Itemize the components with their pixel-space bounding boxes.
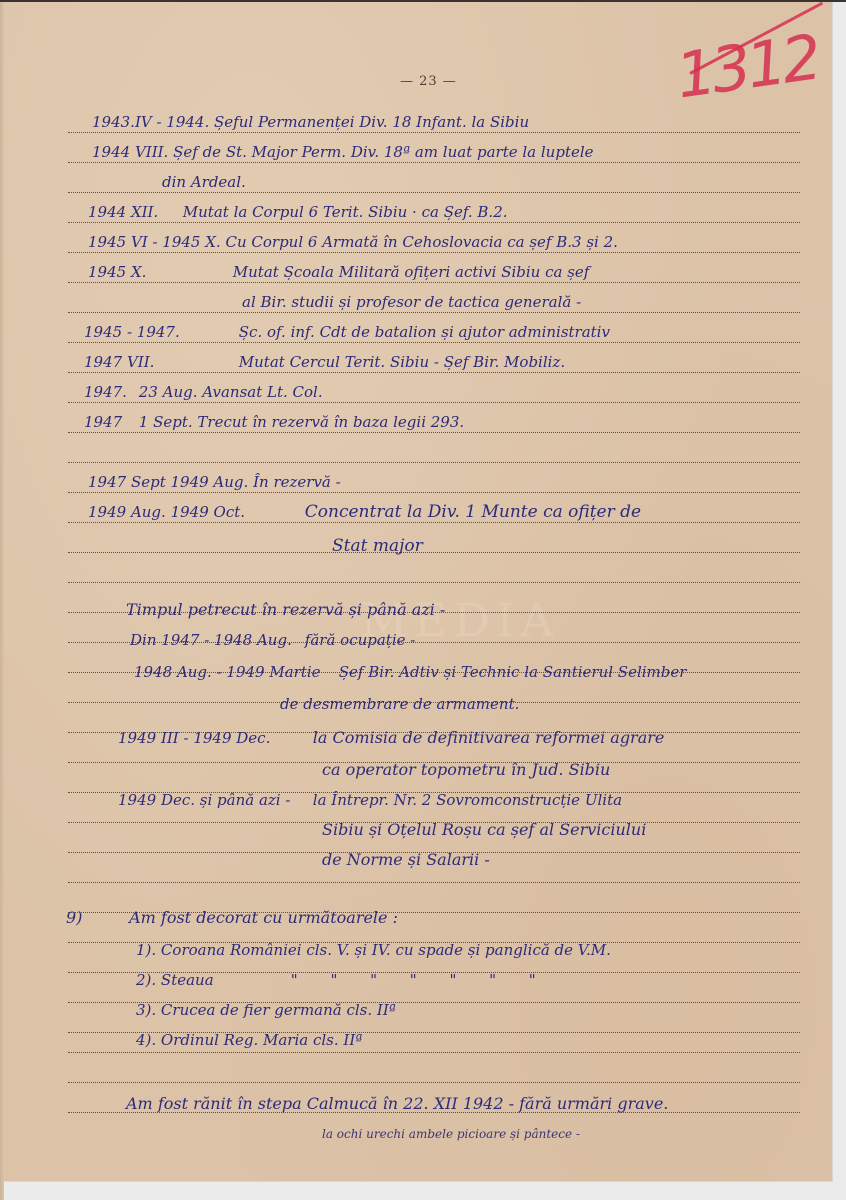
entry-text: Stat major bbox=[332, 536, 423, 556]
reserve-line: 1949 III - 1949 Dec. la Comisia de defin… bbox=[118, 728, 664, 748]
entry-date: 1943.IV - 1944. bbox=[92, 112, 209, 132]
decorations-heading: Am fost decorat cu următoarele : bbox=[129, 908, 398, 927]
reserve-date: 1948 Aug. - 1949 Martie bbox=[134, 662, 334, 682]
paper-sheet bbox=[4, 0, 832, 1181]
entry-line: 1947 VII. Mutat Cercul Terit. Sibiu - Șe… bbox=[84, 352, 565, 372]
reserve-text: la Întrepr. Nr. 2 Sovromconstrucție Ulit… bbox=[313, 791, 622, 809]
reserve-line: ca operator topometru în Jud. Sibiu bbox=[322, 760, 610, 780]
reserve-date: Din 1947 - 1948 Aug. bbox=[130, 630, 300, 650]
entry-date: 1947 bbox=[84, 412, 134, 432]
decoration-item: 1). Coroana României cls. V. și IV. cu s… bbox=[136, 940, 611, 960]
reserve-text: Șef Bir. Adtiv și Technic la Santierul S… bbox=[339, 663, 687, 681]
ruled-line bbox=[68, 132, 800, 133]
reserve-line: 1949 Dec. și până azi - la Întrepr. Nr. … bbox=[118, 790, 622, 810]
entry-text: Mutat Cercul Terit. Sibiu - Șef Bir. Mob… bbox=[239, 353, 565, 371]
reserve-line: de desmembrare de armament. bbox=[280, 694, 519, 714]
entry-text: 23 Aug. Avansat Lt. Col. bbox=[139, 383, 323, 401]
reserve-line: 1948 Aug. - 1949 Martie Șef Bir. Adtiv ș… bbox=[134, 662, 686, 682]
entry-text: Cu Corpul 6 Armată în Cehoslovacia ca șe… bbox=[225, 233, 617, 251]
ruled-line bbox=[68, 462, 800, 463]
entry-line: 1943.IV - 1944. Șeful Permanenței Div. 1… bbox=[92, 112, 529, 132]
reserve-line: Din 1947 - 1948 Aug. fără ocupație - bbox=[130, 630, 415, 650]
entry-line: 1945 X. Mutat Școala Militară ofițeri ac… bbox=[88, 262, 589, 282]
entry-date: 1944 XII. bbox=[88, 202, 178, 222]
entry-date: 1947. bbox=[84, 382, 134, 402]
entry-text: Mutat Școala Militară ofițeri activi Sib… bbox=[233, 263, 590, 281]
entry-date: 1944 VIII. bbox=[92, 142, 168, 162]
entry-text: În rezervă - bbox=[253, 473, 341, 491]
reserve-text: Sibiu și Oțelul Roșu ca șef al Serviciul… bbox=[322, 820, 646, 839]
entry-line: 1949 Aug. 1949 Oct. Concentrat la Div. 1… bbox=[88, 502, 641, 522]
entry-line: 1945 VI - 1945 X. Cu Corpul 6 Armată în … bbox=[88, 232, 618, 252]
entry-text: Șc. of. inf. Cdt de batalion și ajutor a… bbox=[239, 323, 610, 341]
entry-date: 1947 Sept 1949 Aug. bbox=[88, 472, 248, 492]
ruled-line bbox=[68, 522, 800, 523]
entry-text: Șef de St. Major Perm. Div. 18ª am luat … bbox=[173, 143, 593, 161]
reserve-line: Sibiu și Oțelul Roșu ca șef al Serviciul… bbox=[322, 820, 646, 840]
ruled-line bbox=[68, 252, 800, 253]
decoration-label: 2). Steaua bbox=[136, 970, 286, 990]
ruled-line bbox=[68, 402, 800, 403]
entry-date: 1947 VII. bbox=[84, 352, 234, 372]
ditto-marks: " " " " " " " bbox=[291, 971, 550, 989]
reserve-heading: Timpul petrecut în rezervă și până azi - bbox=[126, 600, 445, 620]
entry-line: 1944 XII. Mutat la Corpul 6 Terit. Sibiu… bbox=[88, 202, 508, 222]
section-number: 9) bbox=[66, 908, 124, 928]
entry-date: 1949 Aug. 1949 Oct. bbox=[88, 502, 300, 522]
decoration-item: 3). Crucea de fier germană cls. IIª bbox=[136, 1000, 396, 1020]
entry-date: 1945 VI - 1945 X. bbox=[88, 232, 221, 252]
reserve-text: de desmembrare de armament. bbox=[280, 695, 519, 713]
entry-line: 1947 1 Sept. Trecut în rezervă în baza l… bbox=[84, 412, 464, 432]
entry-text: Mutat la Corpul 6 Terit. Sibiu · ca Șef.… bbox=[183, 203, 508, 221]
decoration-item: 2). Steaua " " " " " " " bbox=[136, 970, 550, 990]
ruled-line bbox=[68, 222, 800, 223]
ruled-line bbox=[68, 372, 800, 373]
entry-text: 1 Sept. Trecut în rezervă în baza legii … bbox=[139, 413, 464, 431]
decoration-item: 4). Ordinul Reg. Maria cls. IIª bbox=[136, 1030, 362, 1050]
ruled-line bbox=[68, 1082, 800, 1083]
entry-date: 1945 - 1947. bbox=[84, 322, 234, 342]
entry-line: 1945 - 1947. Șc. of. inf. Cdt de batalio… bbox=[84, 322, 610, 342]
entry-line: al Bir. studii și profesor de tactica ge… bbox=[242, 292, 581, 312]
reserve-text: ca operator topometru în Jud. Sibiu bbox=[322, 760, 610, 779]
entry-text: Concentrat la Div. 1 Munte ca ofițer de bbox=[305, 502, 641, 522]
scanned-document: MEDIA — 23 — 1312 1943.IV - 1944. Șeful … bbox=[0, 0, 846, 1200]
entry-line: 1944 VIII. Șef de St. Major Perm. Div. 1… bbox=[92, 142, 594, 162]
entry-text: al Bir. studii și profesor de tactica ge… bbox=[242, 293, 581, 311]
ruled-line bbox=[68, 432, 800, 433]
ruled-line bbox=[68, 552, 800, 553]
page-number: — 23 — bbox=[400, 74, 457, 89]
entry-line: din Ardeal. bbox=[162, 172, 246, 192]
reserve-text: de Norme și Salarii - bbox=[322, 850, 490, 869]
reserve-line: de Norme și Salarii - bbox=[322, 850, 490, 870]
reserve-date: 1949 III - 1949 Dec. bbox=[118, 728, 308, 748]
entry-text: din Ardeal. bbox=[162, 173, 246, 191]
entry-line: 1947 Sept 1949 Aug. În rezervă - bbox=[88, 472, 341, 492]
entry-date: 1945 X. bbox=[88, 262, 228, 282]
ruled-line bbox=[68, 582, 800, 583]
ruled-line bbox=[68, 1052, 800, 1053]
reserve-text: fără ocupație - bbox=[305, 631, 416, 649]
ruled-line bbox=[68, 342, 800, 343]
entry-text: Șeful Permanenței Div. 18 Infant. la Sib… bbox=[214, 113, 529, 131]
wound-subnote: la ochi urechi ambele picioare și pântec… bbox=[322, 1124, 580, 1144]
scan-top-edge bbox=[0, 0, 846, 2]
ruled-line bbox=[68, 492, 800, 493]
ruled-line bbox=[68, 282, 800, 283]
ruled-line bbox=[68, 192, 800, 193]
ruled-line bbox=[68, 882, 800, 883]
reserve-date: 1949 Dec. și până azi - bbox=[118, 790, 308, 810]
entry-line: 1947. 23 Aug. Avansat Lt. Col. bbox=[84, 382, 323, 402]
decorations-heading-line: 9) Am fost decorat cu următoarele : bbox=[66, 908, 398, 928]
wound-note: Am fost rănit în stepa Calmucă în 22. XI… bbox=[126, 1094, 668, 1114]
entry-line: Stat major bbox=[332, 536, 423, 556]
ruled-line bbox=[68, 162, 800, 163]
ruled-line bbox=[68, 312, 800, 313]
reserve-text: la Comisia de definitivarea reformei agr… bbox=[313, 728, 665, 747]
